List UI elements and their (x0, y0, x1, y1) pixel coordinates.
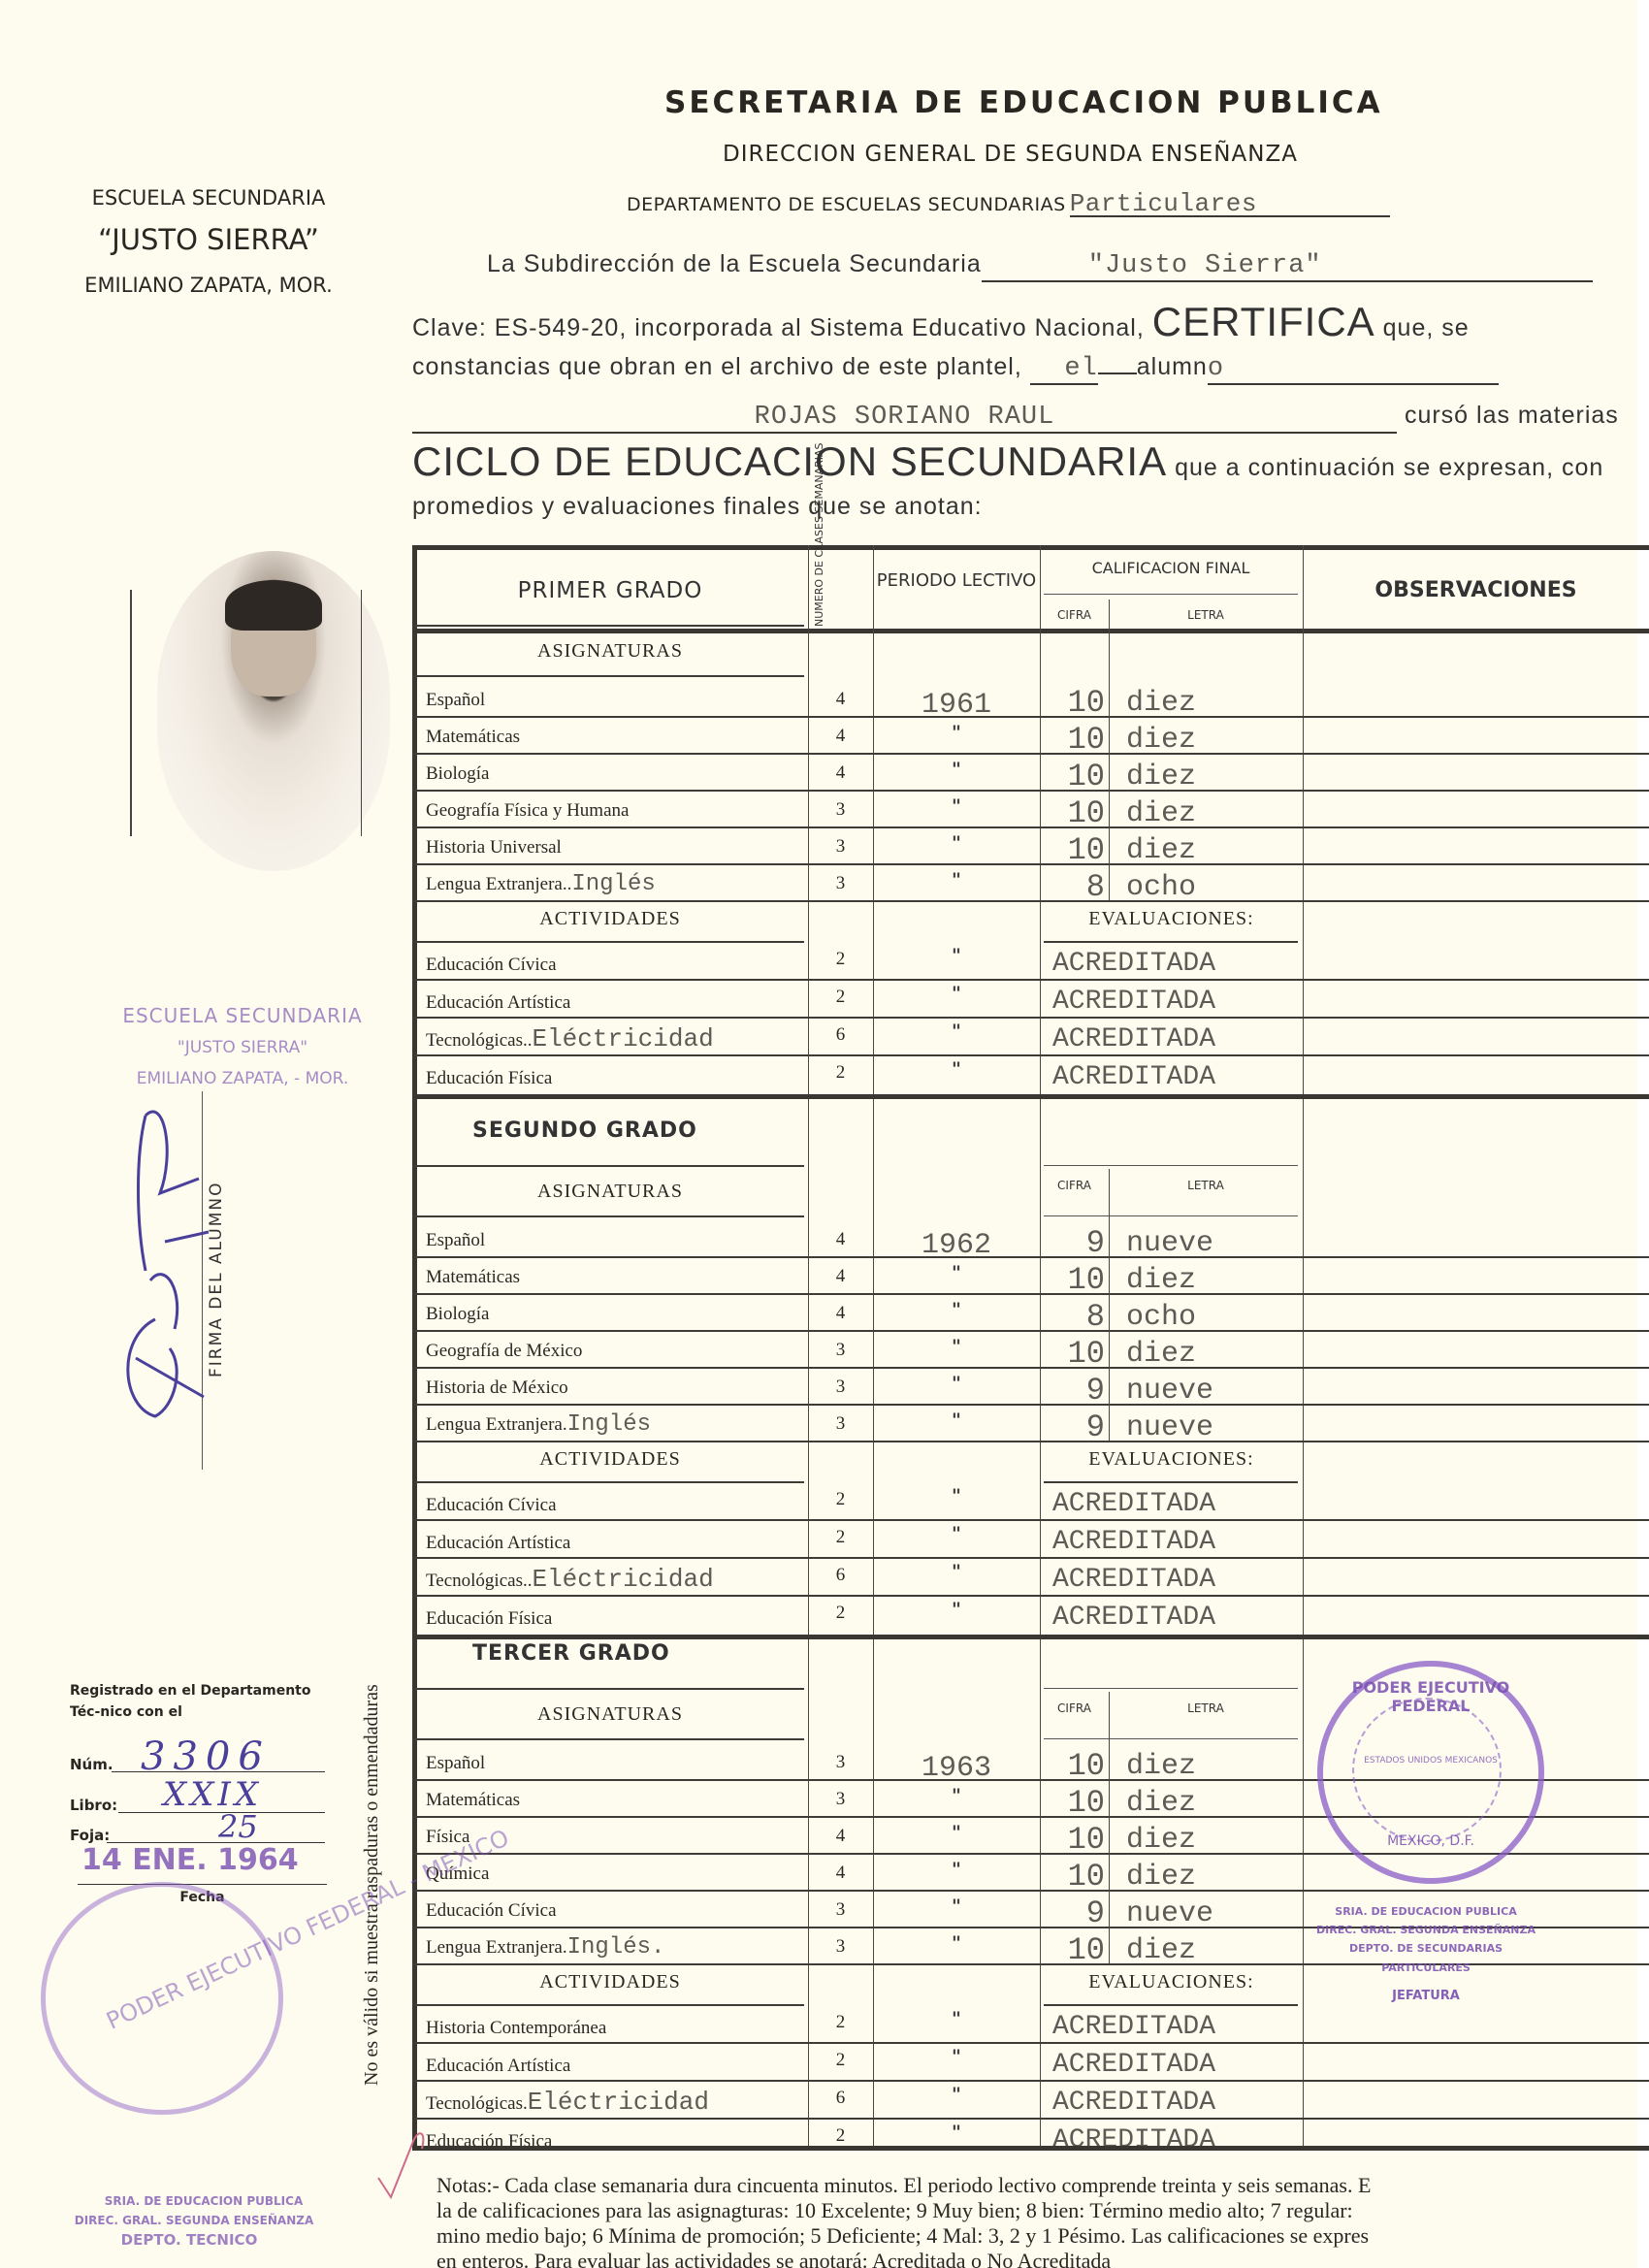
fecha-line (78, 1884, 327, 1885)
subject-classes: 4 (808, 689, 873, 710)
activity-name: Educación Cívica (426, 949, 557, 978)
subject-period: " (873, 759, 1040, 780)
subject-name-text: Español (426, 690, 485, 710)
num-clases-text: NUMERO DE CLASES SEMANARIAS (812, 551, 826, 627)
activity-period: " (873, 2008, 1040, 2029)
cert-line-3: constancias que obran en el archivo de e… (412, 353, 1499, 385)
row-line (412, 675, 804, 677)
subject-name: Español (426, 1227, 485, 1253)
subject-name: Historia de México (426, 1375, 568, 1401)
row-line (412, 1738, 804, 1740)
grade-title: TERCER GRADO (472, 1641, 670, 1666)
activity-name: Educación Física (426, 1062, 552, 1091)
subject-letra: nueve (1126, 1897, 1213, 1930)
notes-block: Notas:- Cada clase semanaria dura cincue… (436, 2173, 1649, 2268)
ministry-title: SECRETARIA DE EDUCACION PUBLICA (664, 85, 1383, 120)
cert-line-4: ROJAS SORIANO RAUL cursó las materias (412, 402, 1619, 434)
subject-classes: 4 (808, 1229, 873, 1250)
actividades-label: ACTIVIDADES (412, 1971, 808, 1993)
subject-classes: 4 (808, 1863, 873, 1884)
subject-name-text: Biología (426, 1304, 489, 1324)
date-stamp: 14 ENE. 1964 (81, 1843, 299, 1877)
foja-label: Foja: (70, 1827, 110, 1844)
activity-classes: 6 (808, 1024, 873, 1046)
row-line (412, 1367, 1649, 1369)
subject-name-text: Lengua Extranjera. (426, 1937, 567, 1958)
activity-classes: 2 (808, 1603, 873, 1624)
seal-left-line-3: DEPTO. TECNICO (44, 2231, 335, 2249)
cert-line-2: Clave: ES-549-20, incorporada al Sistema… (412, 299, 1470, 345)
cifra-letra-divider (1109, 1169, 1110, 1441)
row-line (412, 2118, 1649, 2120)
activity-eval: ACREDITADA (1052, 2050, 1215, 2080)
row-line (412, 1293, 1649, 1295)
subject-name: Educación Cívica (426, 1897, 557, 1924)
row-line (1044, 1481, 1298, 1483)
activity-period: " (873, 1021, 1040, 1042)
subject-period: " (873, 1785, 1040, 1806)
subject-classes: 4 (808, 1303, 873, 1324)
seal-right-line-4: PARTICULARES (1290, 1961, 1562, 1974)
row-line (412, 900, 1649, 902)
subject-name-text: Historia Universal (426, 837, 562, 858)
subject-name: Lengua Extranjera.Inglés. (426, 1934, 664, 1960)
activity-period: " (873, 2084, 1040, 2105)
row-line (412, 716, 1649, 718)
subject-name: Matemáticas (426, 1264, 520, 1290)
row-line (412, 979, 1649, 981)
row-line (412, 1165, 804, 1167)
row-line (412, 863, 1649, 865)
subject-letra: diez (1126, 1824, 1196, 1857)
subject-letra: diez (1126, 1338, 1196, 1371)
subject-name-text: Español (426, 1753, 485, 1773)
subject-classes: 3 (808, 836, 873, 858)
activity-name-text: Educación Artística (426, 1533, 570, 1553)
subject-letra: nueve (1126, 1227, 1213, 1260)
activity-name-text: Historia Contemporánea (426, 2018, 606, 2038)
row-line (412, 1330, 1649, 1332)
school-line-2: “JUSTO SIERRA” (58, 223, 359, 256)
row-line (412, 1404, 1649, 1406)
activity-eval: ACREDITADA (1052, 1527, 1215, 1557)
row-line (412, 1519, 1649, 1521)
activity-name-text: Educación Artística (426, 2056, 570, 2076)
subject-name-text: Biología (426, 763, 489, 784)
subject-name: Lengua Extranjera..Inglés (426, 871, 656, 897)
activity-extra: Eléctricidad (532, 1024, 713, 1053)
subject-letra: diez (1126, 834, 1196, 867)
subject-letra: diez (1126, 1861, 1196, 1894)
cifra-letra-divider (1109, 599, 1110, 629)
row-line (412, 1256, 1649, 1258)
subject-name: Historia Universal (426, 834, 562, 860)
activity-name-text: Educación Cívica (426, 955, 557, 975)
row-line (412, 1441, 1649, 1442)
row-line (1044, 2004, 1298, 2006)
photo-frame (130, 590, 362, 836)
student-signature (107, 1096, 223, 1426)
activity-name: Tecnológicas..Eléctricidad (426, 1565, 714, 1594)
evaluaciones-label: EVALUACIONES: (1040, 908, 1303, 930)
header-num-clases: NUMERO DE CLASES SEMANARIAS (808, 551, 873, 629)
activity-period: " (873, 1599, 1040, 1620)
cert-line-5: CICLO DE EDUCACION SECUNDARIA que a cont… (412, 438, 1603, 485)
alumno-label: alumn (1137, 353, 1208, 380)
cifra-letra-divider (1109, 629, 1110, 900)
subject-classes: 4 (808, 762, 873, 784)
subject-period: " (873, 1895, 1040, 1917)
constancias-text: constancias que obran en el archivo de e… (412, 353, 1022, 380)
activity-period: " (873, 1058, 1040, 1080)
grade-title: SEGUNDO GRADO (472, 1118, 697, 1143)
blank-line (1098, 373, 1137, 374)
row-line (1044, 1738, 1298, 1739)
seal-right-ring-text: PODER EJECUTIVO FEDERAL (1343, 1678, 1518, 1715)
subject-letra: nueve (1126, 1375, 1213, 1408)
activity-name: Educación Artística (426, 1527, 570, 1556)
notes-line-3: mino medio bajo; 6 Mínima de promoción; … (436, 2223, 1649, 2249)
activity-classes: 2 (808, 987, 873, 1008)
seal-right-bottom-text: MEXICO, D.F. (1358, 1833, 1503, 1849)
certifica-word: CERTIFICA (1152, 299, 1375, 344)
subject-name-text: Geografía de México (426, 1341, 582, 1361)
letra-subheader: LETRA (1109, 1179, 1303, 1192)
subject-name-text: Historia de México (426, 1377, 568, 1398)
header-periodo: PERIODO LECTIVO (873, 570, 1040, 592)
foja-value: 25 (218, 1808, 258, 1845)
row-line (412, 1215, 804, 1217)
subject-extra: Inglés (567, 1411, 651, 1438)
subject-period: " (873, 1336, 1040, 1357)
school-name-field: "Justo Sierra" (982, 251, 1593, 282)
activity-name: Tecnológicas..Eléctricidad (426, 1024, 714, 1053)
activity-name: Educación Física (426, 1603, 552, 1632)
activity-classes: 2 (808, 2050, 873, 2071)
activity-classes: 6 (808, 1565, 873, 1586)
activity-classes: 2 (808, 1062, 873, 1084)
row-line (412, 1890, 1649, 1892)
activity-eval: ACREDITADA (1052, 2088, 1215, 2118)
activity-period: " (873, 2122, 1040, 2143)
activity-eval: ACREDITADA (1052, 2012, 1215, 2042)
subject-classes: 4 (808, 1266, 873, 1287)
subject-letra: diez (1126, 1750, 1196, 1783)
row-line (1044, 941, 1298, 943)
subject-letra: diez (1126, 761, 1196, 794)
activity-name-text: Educación Física (426, 1608, 552, 1629)
header-primer-grado: PRIMER GRADO (412, 578, 808, 603)
subject-name-text: Lengua Extranjera. (426, 1414, 567, 1435)
row-line (412, 753, 1649, 755)
asignaturas-label: ASIGNATURAS (412, 1181, 808, 1203)
header-bottom-border (412, 629, 1649, 633)
activity-eval: ACREDITADA (1052, 1024, 1215, 1054)
article-field: el (1030, 354, 1098, 385)
subject-name-text: Matemáticas (426, 727, 520, 747)
activity-period: " (873, 2046, 1040, 2067)
subject-classes: 3 (808, 1413, 873, 1435)
evaluaciones-label: EVALUACIONES: (1040, 1971, 1303, 1993)
department-label: DEPARTAMENTO DE ESCUELAS SECUNDARIAS (627, 194, 1066, 215)
subject-period: " (873, 869, 1040, 891)
check-mark-icon (373, 2124, 432, 2202)
student-name-field: ROJAS SORIANO RAUL (412, 403, 1397, 434)
subject-name-text: Geografía Física y Humana (426, 800, 629, 821)
subject-letra: diez (1126, 1264, 1196, 1297)
activity-eval: ACREDITADA (1052, 2125, 1215, 2155)
seal-right-inner-text: ESTADOS UNIDOS MEXICANOS (1358, 1756, 1503, 1766)
activity-name: Educación Artística (426, 2050, 570, 2079)
activity-name: Educación Artística (426, 987, 570, 1016)
curso-text: cursó las materias (1405, 402, 1619, 429)
row-line (412, 1595, 1649, 1597)
activity-eval: ACREDITADA (1052, 987, 1215, 1017)
row-line (1044, 1215, 1298, 1216)
subject-name: Geografía Física y Humana (426, 797, 629, 824)
activity-period: " (873, 945, 1040, 966)
subject-classes: 3 (808, 873, 873, 894)
activity-name: Historia Contemporánea (426, 2012, 606, 2041)
continuacion-text: que a continuación se expresan, con (1175, 454, 1603, 481)
subject-name: Biología (426, 1301, 489, 1327)
direction-title: DIRECCION GENERAL DE SEGUNDA ENSEÑANZA (723, 142, 1298, 167)
department-line: DEPARTAMENTO DE ESCUELAS SECUNDARIASPart… (627, 192, 1390, 217)
notes-line-4: en enteros. Para evaluar las actividades… (436, 2249, 1649, 2268)
subject-name-text: Matemáticas (426, 1790, 520, 1810)
cert-line-1: La Subdirección de la Escuela Secundaria… (487, 250, 1593, 282)
col-line (1040, 545, 1041, 2146)
header-cifra: CIFRA (1040, 608, 1109, 622)
department-value: Particulares (1070, 192, 1390, 217)
registration-intro: Registrado en el Departamento Téc-nico c… (70, 1680, 332, 1723)
seal-left-line-1: SRIA. DE EDUCACION PUBLICA (44, 2194, 364, 2208)
calif-subdivider (1044, 1688, 1298, 1689)
libro-label: Libro: (70, 1797, 117, 1814)
cifra-subheader: CIFRA (1040, 1179, 1109, 1192)
row-line (412, 790, 1649, 792)
seal-left-line-2: DIREC. GRAL. SEGUNDA ENSEÑANZA (34, 2214, 354, 2227)
activity-name-text: Educación Física (426, 1068, 552, 1088)
subject-letra: diez (1126, 1934, 1196, 1967)
subject-classes: 3 (808, 1377, 873, 1398)
subject-classes: 3 (808, 799, 873, 821)
activity-period: " (873, 1561, 1040, 1582)
alumno-suffix-field: o (1208, 354, 1499, 385)
subject-letra: diez (1126, 724, 1196, 757)
table-bottom-border (412, 2146, 1649, 2151)
calif-subdivider (1044, 1165, 1298, 1166)
subject-letra: ocho (1126, 1301, 1196, 1334)
subject-name: Matemáticas (426, 724, 520, 750)
subject-name-text: Matemáticas (426, 1267, 520, 1287)
school-stamp-line-1: ESCUELA SECUNDARIA (112, 1004, 373, 1027)
subject-period: " (873, 832, 1040, 854)
subject-classes: 3 (808, 1936, 873, 1958)
subject-letra: diez (1126, 797, 1196, 830)
seal-right-line-3: DEPTO. DE SECUNDARIAS (1290, 1942, 1562, 1955)
subject-classes: 3 (808, 1340, 873, 1361)
seal-right-line-2: DIREC. GRAL. SEGUNDA ENSEÑANZA (1290, 1924, 1562, 1936)
subject-extra: Inglés. (567, 1934, 665, 1960)
seal-right-line-1: SRIA. DE EDUCACION PUBLICA (1290, 1905, 1562, 1918)
activity-classes: 2 (808, 1527, 873, 1548)
subject-extra: Inglés (571, 871, 655, 897)
subject-period: " (873, 1409, 1040, 1431)
subject-period: " (873, 722, 1040, 743)
subject-letra: ocho (1126, 871, 1196, 904)
activity-classes: 2 (808, 2125, 873, 2147)
grade-separator (412, 1635, 1649, 1639)
activity-period: " (873, 983, 1040, 1004)
cifra-letra-divider (1109, 1692, 1110, 1963)
subject-classes: 4 (808, 1826, 873, 1847)
subject-classes: 3 (808, 1789, 873, 1810)
subject-period: " (873, 1373, 1040, 1394)
subject-classes: 3 (808, 1752, 873, 1773)
row-line (412, 1688, 804, 1690)
calif-divider (1044, 594, 1298, 595)
activity-eval: ACREDITADA (1052, 1603, 1215, 1633)
num-value: 3306 (141, 1734, 271, 1779)
cert-line-6: promedios y evaluaciones finales que se … (412, 493, 983, 521)
school-line-3: EMILIANO ZAPATA, MOR. (58, 274, 359, 297)
school-line-1: ESCUELA SECUNDARIA (58, 186, 359, 210)
activity-name-text: Tecnológicas.. (426, 1571, 532, 1591)
activity-classes: 2 (808, 2012, 873, 2033)
activity-classes: 6 (808, 2088, 873, 2109)
asignaturas-label: ASIGNATURAS (412, 640, 808, 663)
actividades-label: ACTIVIDADES (412, 1448, 808, 1471)
row-line (412, 1017, 1649, 1019)
activity-period: " (873, 1485, 1040, 1507)
subject-name-text: Lengua Extranjera.. (426, 874, 571, 894)
row-line (412, 1557, 1649, 1559)
subject-letra: nueve (1126, 1411, 1213, 1444)
activity-name: Educación Cívica (426, 1489, 557, 1518)
row-line (412, 1481, 804, 1483)
activity-name-text: Tecnológicas. (426, 2093, 528, 2114)
activity-eval: ACREDITADA (1052, 1565, 1215, 1595)
row-line (412, 2004, 804, 2006)
subject-period: " (873, 1932, 1040, 1954)
notes-line-1: Notas:- Cada clase semanaria dura cincue… (436, 2173, 1649, 2198)
subject-name: Español (426, 687, 485, 713)
activity-period: " (873, 1523, 1040, 1544)
letra-subheader: LETRA (1109, 1701, 1303, 1715)
asignaturas-label: ASIGNATURAS (412, 1703, 808, 1726)
subject-name-text: Educación Cívica (426, 1900, 557, 1921)
school-stamp-line-2: "JUSTO SIERRA" (112, 1038, 373, 1057)
seal-inner-ring (1352, 1698, 1502, 1842)
subject-name: Español (426, 1750, 485, 1776)
activity-extra: Eléctricidad (528, 2088, 709, 2117)
header-observaciones: OBSERVACIONES (1303, 578, 1649, 602)
grade-separator (412, 1094, 1649, 1099)
subject-letra: diez (1126, 687, 1196, 720)
activity-eval: ACREDITADA (1052, 1489, 1215, 1519)
cert-prefix: La Subdirección de la Escuela Secundaria (487, 250, 982, 277)
header-letra: LETRA (1109, 608, 1303, 622)
subject-period: " (873, 1822, 1040, 1843)
subject-period: " (873, 1859, 1040, 1880)
subject-period: " (873, 1299, 1040, 1320)
subject-name: Geografía de México (426, 1338, 582, 1364)
row-line (412, 941, 804, 943)
subject-name-text: Español (426, 1230, 485, 1250)
subject-name: Biología (426, 761, 489, 787)
activity-name: Tecnológicas.Eléctricidad (426, 2088, 709, 2117)
school-stamp-line-3: EMILIANO ZAPATA, - MOR. (112, 1069, 373, 1088)
activity-extra: Eléctricidad (532, 1565, 713, 1594)
seal-right-line-5: JEFATURA (1290, 1989, 1562, 2003)
clave-text: Clave: ES-549-20, incorporada al Sistema… (412, 314, 1145, 341)
row-line (412, 2042, 1649, 2044)
activity-name-text: Tecnológicas.. (426, 1030, 532, 1051)
subject-classes: 4 (808, 726, 873, 747)
cycle-title: CICLO DE EDUCACION SECUNDARIA (412, 438, 1167, 484)
actividades-label: ACTIVIDADES (412, 908, 808, 930)
subject-name: Lengua Extranjera.Inglés (426, 1411, 651, 1438)
row-line (412, 2080, 1649, 2082)
row-line (412, 826, 1649, 828)
subject-period: " (873, 1262, 1040, 1283)
activity-classes: 2 (808, 949, 873, 970)
cert-suffix: que, se (1383, 314, 1470, 341)
activity-name-text: Educación Artística (426, 992, 570, 1013)
activity-name-text: Educación Cívica (426, 1495, 557, 1515)
notes-line-2: la de calificaciones para las asignagtur… (436, 2198, 1649, 2223)
table-top-border (412, 545, 1649, 550)
subject-period: " (873, 795, 1040, 817)
cifra-subheader: CIFRA (1040, 1701, 1109, 1715)
activity-classes: 2 (808, 1489, 873, 1510)
activity-eval: ACREDITADA (1052, 1062, 1215, 1092)
activity-eval: ACREDITADA (1052, 949, 1215, 979)
row-line (412, 1054, 1649, 1056)
subject-classes: 3 (808, 1899, 873, 1921)
row-line (412, 625, 804, 627)
header-calificacion: CALIFICACION FINAL (1040, 559, 1302, 577)
subject-name: Matemáticas (426, 1787, 520, 1813)
subject-letra: diez (1126, 1787, 1196, 1820)
num-label: Núm. (70, 1756, 113, 1773)
evaluaciones-label: EVALUACIONES: (1040, 1448, 1303, 1471)
table-left-border (412, 545, 417, 2146)
